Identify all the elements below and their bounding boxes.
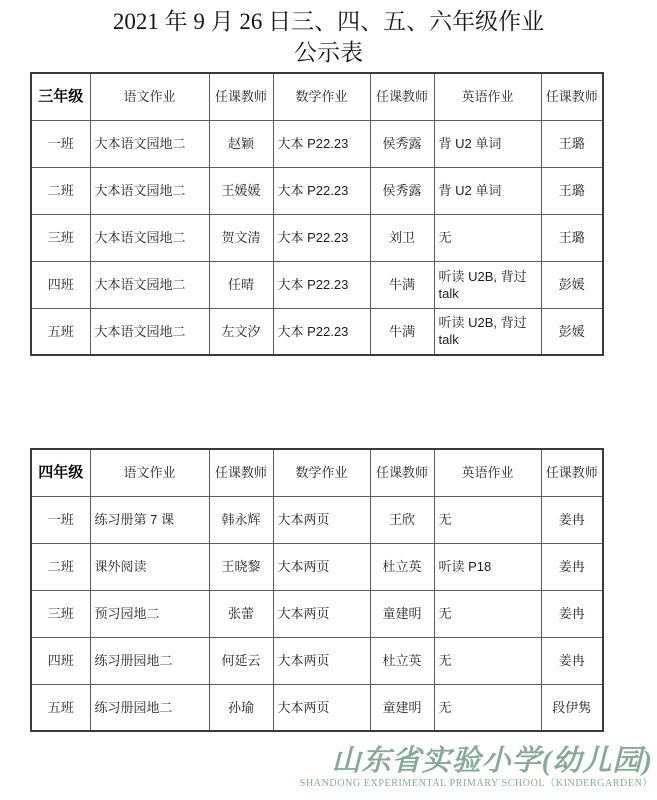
document-title-line1: 2021 年 9 月 26 日三、四、五、六年级作业: [0, 6, 657, 37]
table-header-cell: 数学作业: [273, 449, 370, 496]
table-cell: 无: [434, 637, 541, 684]
table-row: 四班练习册园地二何延云大本两页杜立英无姜冉: [31, 637, 603, 684]
table-cell: 刘卫: [370, 214, 434, 261]
table-cell: 听读 U2B, 背过 talk: [434, 261, 541, 308]
table-cell: 赵颖: [209, 120, 273, 167]
table-cell: 孙瑜: [209, 684, 273, 731]
table-header-cell: 任课教师: [209, 449, 273, 496]
table-cell: 大本语文园地二: [90, 261, 209, 308]
class-name-cell: 二班: [31, 543, 90, 590]
table-header-cell: 英语作业: [434, 73, 541, 120]
table-row: 四班大本语文园地二任晴大本 P22.23牛满听读 U2B, 背过 talk彭媛: [31, 261, 603, 308]
table-header-row: 三年级语文作业任课教师数学作业任课教师英语作业任课教师: [31, 73, 603, 120]
table-cell: 预习园地二: [90, 590, 209, 637]
table-cell: 无: [434, 496, 541, 543]
grade-3-homework-table: 三年级语文作业任课教师数学作业任课教师英语作业任课教师一班大本语文园地二赵颖大本…: [30, 72, 604, 356]
table-row: 三班大本语文园地二贺文清大本 P22.23刘卫无王璐: [31, 214, 603, 261]
table-cell: 侯秀露: [370, 120, 434, 167]
table-cell: 听读 U2B, 背过 talk: [434, 308, 541, 355]
grade-label-cell: 三年级: [31, 73, 90, 120]
table-cell: 大本两页: [273, 543, 370, 590]
table-cell: 大本语文园地二: [90, 308, 209, 355]
table-header-cell: 任课教师: [541, 449, 603, 496]
table-cell: 姜冉: [541, 637, 603, 684]
table-cell: 王璐: [541, 214, 603, 261]
school-logo: 山东省实验小学(幼儿园) SHANDONG EXPERIMENTAL PRIMA…: [300, 746, 653, 790]
table-cell: 张蕾: [209, 590, 273, 637]
table-cell: 大本 P22.23: [273, 261, 370, 308]
table-cell: 侯秀露: [370, 167, 434, 214]
table-cell: 大本 P22.23: [273, 167, 370, 214]
table-cell: 大本两页: [273, 637, 370, 684]
table-cell: 王晓黎: [209, 543, 273, 590]
table-cell: 韩永辉: [209, 496, 273, 543]
table-cell: 姜冉: [541, 543, 603, 590]
table-cell: 左文汐: [209, 308, 273, 355]
table-cell: 任晴: [209, 261, 273, 308]
table-cell: 童建明: [370, 684, 434, 731]
table-header-row: 四年级语文作业任课教师数学作业任课教师英语作业任课教师: [31, 449, 603, 496]
table-cell: 牛满: [370, 261, 434, 308]
table-cell: 大本 P22.23: [273, 120, 370, 167]
table-row: 三班预习园地二张蕾大本两页童建明无姜冉: [31, 590, 603, 637]
table-header-cell: 语文作业: [90, 449, 209, 496]
table-cell: 大本两页: [273, 496, 370, 543]
table-header-cell: 任课教师: [209, 73, 273, 120]
table-row: 二班大本语文园地二王媛媛大本 P22.23侯秀露背 U2 单词王璐: [31, 167, 603, 214]
table-cell: 大本语文园地二: [90, 120, 209, 167]
table-cell: 贺文清: [209, 214, 273, 261]
document-title: 2021 年 9 月 26 日三、四、五、六年级作业 公示表: [0, 6, 657, 68]
class-name-cell: 一班: [31, 496, 90, 543]
table-cell: 无: [434, 214, 541, 261]
table-row: 一班练习册第 7 课韩永辉大本两页王欣无姜冉: [31, 496, 603, 543]
table-cell: 王欣: [370, 496, 434, 543]
table-cell: 王璐: [541, 120, 603, 167]
table-cell: 大本 P22.23: [273, 214, 370, 261]
table-row: 二班课外阅读王晓黎大本两页杜立英听读 P18姜冉: [31, 543, 603, 590]
table-cell: 无: [434, 590, 541, 637]
table-cell: 王媛媛: [209, 167, 273, 214]
table-cell: 练习册第 7 课: [90, 496, 209, 543]
table-cell: 杜立英: [370, 637, 434, 684]
school-logo-english: SHANDONG EXPERIMENTAL PRIMARY SCHOOL（KIN…: [300, 778, 653, 790]
table-cell: 彭媛: [541, 261, 603, 308]
table-cell: 彭媛: [541, 308, 603, 355]
document-title-line2: 公示表: [0, 37, 657, 68]
table-row: 五班大本语文园地二左文汐大本 P22.23牛满听读 U2B, 背过 talk彭媛: [31, 308, 603, 355]
grade-4-homework-table: 四年级语文作业任课教师数学作业任课教师英语作业任课教师一班练习册第 7 课韩永辉…: [30, 448, 604, 732]
table-cell: 背 U2 单词: [434, 120, 541, 167]
class-name-cell: 五班: [31, 308, 90, 355]
class-name-cell: 五班: [31, 684, 90, 731]
table-cell: 无: [434, 684, 541, 731]
table-cell: 练习册园地二: [90, 684, 209, 731]
table-cell: 何延云: [209, 637, 273, 684]
table-header-cell: 语文作业: [90, 73, 209, 120]
table-header-cell: 任课教师: [370, 73, 434, 120]
table-header-cell: 任课教师: [370, 449, 434, 496]
page: { "title": { "line1": "2021 年 9 月 26 日三、…: [0, 0, 657, 800]
table-header-cell: 任课教师: [541, 73, 603, 120]
class-name-cell: 三班: [31, 590, 90, 637]
class-name-cell: 四班: [31, 637, 90, 684]
class-name-cell: 三班: [31, 214, 90, 261]
table-cell: 大本语文园地二: [90, 214, 209, 261]
table-cell: 大本语文园地二: [90, 167, 209, 214]
class-name-cell: 二班: [31, 167, 90, 214]
table-cell: 杜立英: [370, 543, 434, 590]
table-cell: 牛满: [370, 308, 434, 355]
table-cell: 王璐: [541, 167, 603, 214]
table-cell: 背 U2 单词: [434, 167, 541, 214]
table-cell: 段伊隽: [541, 684, 603, 731]
table-cell: 听读 P18: [434, 543, 541, 590]
table-cell: 练习册园地二: [90, 637, 209, 684]
school-logo-chinese: 山东省实验小学(幼儿园): [300, 746, 653, 777]
class-name-cell: 四班: [31, 261, 90, 308]
class-name-cell: 一班: [31, 120, 90, 167]
table-row: 五班练习册园地二孙瑜大本两页童建明无段伊隽: [31, 684, 603, 731]
grade-label-cell: 四年级: [31, 449, 90, 496]
table-cell: 课外阅读: [90, 543, 209, 590]
table-cell: 童建明: [370, 590, 434, 637]
table-header-cell: 数学作业: [273, 73, 370, 120]
table-header-cell: 英语作业: [434, 449, 541, 496]
table-cell: 大本两页: [273, 590, 370, 637]
table-cell: 大本 P22.23: [273, 308, 370, 355]
table-cell: 姜冉: [541, 496, 603, 543]
table-cell: 大本两页: [273, 684, 370, 731]
table-cell: 姜冉: [541, 590, 603, 637]
table-row: 一班大本语文园地二赵颖大本 P22.23侯秀露背 U2 单词王璐: [31, 120, 603, 167]
